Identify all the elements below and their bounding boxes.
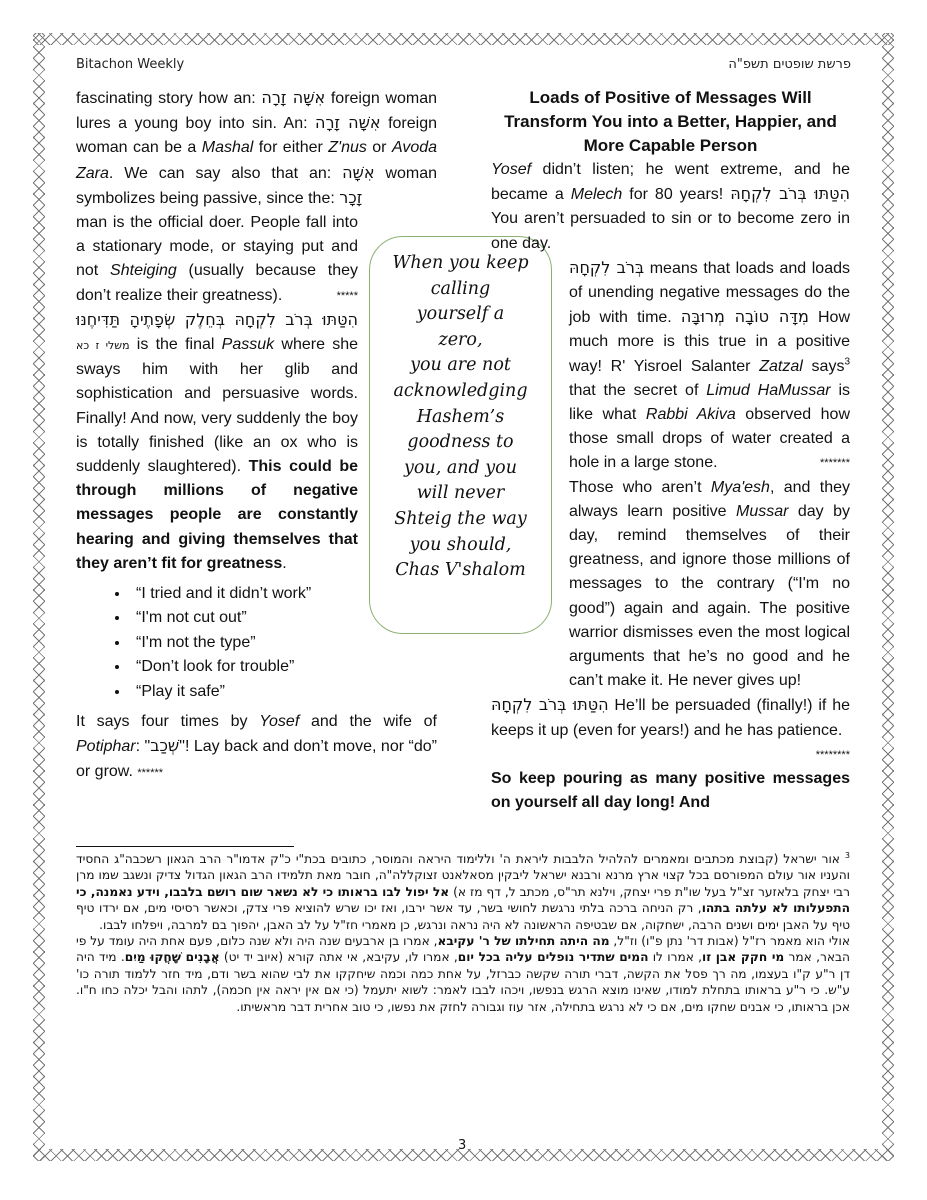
article-title: Loads of Positive of Messages Will Trans… <box>491 86 850 158</box>
hebrew-phrase: הִטַּתּוּ בְּרֹב לִקְחָהּ <box>730 184 850 203</box>
footnote-separator <box>76 846 294 847</box>
paragraph: Yosef didn’t listen; he went extreme, an… <box>491 158 850 256</box>
border-top <box>33 33 894 45</box>
footnote: אולי הוא מאמר רז"ל (אבות דר' נתן פ"ו) וז… <box>76 933 850 1015</box>
hebrew-phrase: אִשָּׁה זָרָה <box>261 88 325 107</box>
footnotes-section: 3 אור ישראל (קבוצת מכתבים ומאמרים להלהיל… <box>76 851 850 1015</box>
wrapped-text-block: בְּרֹב לִקְחָהּ means that loads and loa… <box>569 256 850 694</box>
footnote: 3 אור ישראל (קבוצת מכתבים ומאמרים להלהיל… <box>76 851 850 933</box>
paragraph: הִטַּתּוּ בְּרֹב לִקְחָהּ בְּחֵלֶק שְׂפָ… <box>76 308 358 576</box>
hebrew-phrase: אִשָּׁה זָרָה <box>315 113 381 132</box>
parsha-header: פרשת שופטים תשפ"ה <box>728 57 851 72</box>
section-divider-stars: ******** <box>816 743 850 767</box>
paragraph: בְּרֹב לִקְחָהּ means that loads and loa… <box>569 256 850 476</box>
emphasis-text: This could be through millions of negati… <box>76 458 358 572</box>
footnote-number: 3 <box>845 851 850 860</box>
paragraph: So keep pouring as many positive message… <box>491 767 850 815</box>
paragraph: הִטַּתּוּ בְּרֹב לִקְחָהּ He’ll be persu… <box>491 693 850 742</box>
emphasis-text: So keep pouring as many positive message… <box>491 770 850 811</box>
footnote-reference[interactable]: 3 <box>844 356 850 367</box>
wrapped-text-block: man is the official doer. People fall in… <box>76 211 358 576</box>
hebrew-phrase: אִשָּׁה <box>342 163 374 182</box>
passuk-source: משלי ז כא <box>76 339 130 352</box>
list-item: “I'm not the type” <box>130 631 437 655</box>
hebrew-phrase: זָכָר <box>339 188 362 207</box>
border-right <box>882 33 894 1161</box>
list-item: “Don’t look for trouble” <box>130 655 437 679</box>
hebrew-phrase: מִדָּה טוֹבָה מְרוּבָּה <box>681 307 809 326</box>
paragraph: Those who aren’t Mya'esh, and they alway… <box>569 476 850 694</box>
list-item: “Play it safe” <box>130 680 437 704</box>
section-divider-stars: ******* <box>820 451 850 475</box>
publication-title: Bitachon Weekly <box>76 57 184 72</box>
hebrew-phrase: הִטַּתּוּ בְּרֹב לִקְחָהּ <box>491 695 609 714</box>
section-divider-stars: ****** <box>137 767 163 779</box>
paragraph: It says four times by Yosef and the wife… <box>76 710 437 785</box>
page-number: 3 <box>458 1138 466 1153</box>
passuk-quote: הִטַּתּוּ בְּרֹב לִקְחָהּ בְּחֵלֶק שְׂפָ… <box>76 310 358 329</box>
paragraph: man is the official doer. People fall in… <box>76 211 358 308</box>
paragraph: fascinating story how an: אִשָּׁה זָרָה … <box>76 86 437 211</box>
hebrew-phrase: בְּרֹב לִקְחָהּ <box>569 258 644 277</box>
section-divider-stars: ***** <box>337 284 358 308</box>
right-column: Loads of Positive of Messages Will Trans… <box>491 86 850 815</box>
border-left <box>33 33 45 1161</box>
hebrew-phrase: שְׁכַב <box>150 736 179 755</box>
